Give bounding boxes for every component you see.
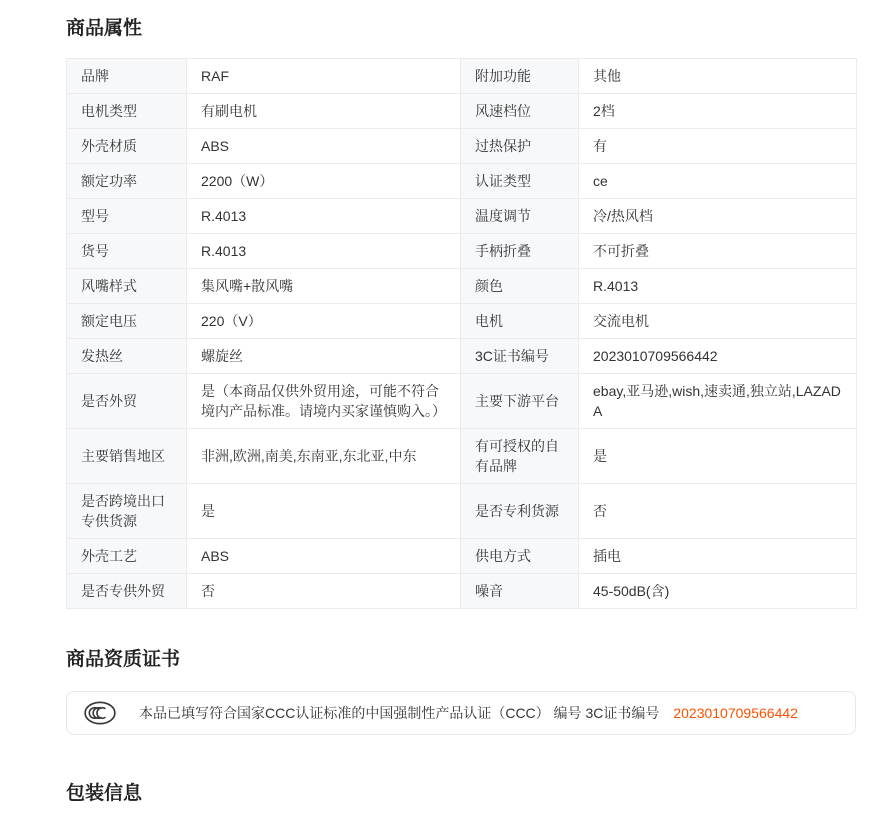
attr-value-cell: R.4013 [579,269,857,304]
attr-value-cell: RAF [187,59,461,94]
attr-label-cell: 品牌 [67,59,187,94]
attr-value-cell: 2023010709566442 [579,339,857,374]
product-attributes-table: 品牌RAF附加功能其他电机类型有刷电机风速档位2档外壳材质ABS过热保护有额定功… [66,58,857,609]
attr-row: 型号R.4013温度调节冷/热风档 [67,199,857,234]
attr-row: 外壳材质ABS过热保护有 [67,129,857,164]
attr-label-cell: 额定功率 [67,164,187,199]
attr-label-cell: 外壳材质 [67,129,187,164]
attr-label-cell: 是否专利货源 [461,484,579,539]
attr-value-cell: 其他 [579,59,857,94]
attr-label-cell: 噪音 [461,574,579,609]
ccc-certificate-card: 本品已填写符合国家CCC认证标准的中国强制性产品认证（CCC） 编号 3C证书编… [66,691,856,735]
attr-value-cell: 45-50dB(含) [579,574,857,609]
attr-row: 是否跨境出口专供货源是是否专利货源否 [67,484,857,539]
certificates-section-title: 商品资质证书 [66,647,856,673]
attr-value-cell: R.4013 [187,199,461,234]
ccc-mark-icon [83,700,117,726]
attr-value-cell: 冷/热风档 [579,199,857,234]
attr-value-cell: 220（V） [187,304,461,339]
attr-value-cell: 是（本商品仅供外贸用途，可能不符合境内产品标准。请境内买家谨慎购入。） [187,374,461,429]
attributes-section-title: 商品属性 [66,16,856,42]
attr-value-cell: ABS [187,539,461,574]
attr-row: 品牌RAF附加功能其他 [67,59,857,94]
attr-label-cell: 电机 [461,304,579,339]
attr-label-cell: 过热保护 [461,129,579,164]
attr-label-cell: 型号 [67,199,187,234]
attr-label-cell: 发热丝 [67,339,187,374]
attr-value-cell: ce [579,164,857,199]
attr-row: 风嘴样式集风嘴+散风嘴颜色R.4013 [67,269,857,304]
ccc-certificate-text: 本品已填写符合国家CCC认证标准的中国强制性产品认证（CCC） 编号 3C证书编… [139,703,659,723]
attr-label-cell: 电机类型 [67,94,187,129]
attr-label-cell: 3C证书编号 [461,339,579,374]
attr-row: 外壳工艺ABS供电方式插电 [67,539,857,574]
attr-value-cell: 交流电机 [579,304,857,339]
attr-row: 额定电压220（V）电机交流电机 [67,304,857,339]
attr-row: 额定功率2200（W）认证类型ce [67,164,857,199]
packaging-section-title: 包装信息 [66,781,856,807]
attr-label-cell: 附加功能 [461,59,579,94]
ccc-certificate-number-link[interactable]: 2023010709566442 [673,703,798,723]
attr-value-cell: 螺旋丝 [187,339,461,374]
attr-value-cell: 否 [579,484,857,539]
attr-row: 发热丝螺旋丝3C证书编号2023010709566442 [67,339,857,374]
attr-value-cell: 2200（W） [187,164,461,199]
attr-label-cell: 风嘴样式 [67,269,187,304]
attr-label-cell: 外壳工艺 [67,539,187,574]
attr-value-cell: ebay,亚马逊,wish,速卖通,独立站,LAZADA [579,374,857,429]
attr-row: 主要销售地区非洲,欧洲,南美,东南亚,东北亚,中东有可授权的自有品牌是 [67,429,857,484]
attr-value-cell: 插电 [579,539,857,574]
attr-label-cell: 供电方式 [461,539,579,574]
attr-value-cell: 非洲,欧洲,南美,东南亚,东北亚,中东 [187,429,461,484]
attr-row: 是否专供外贸否噪音45-50dB(含) [67,574,857,609]
attr-value-cell: 是 [187,484,461,539]
attr-label-cell: 手柄折叠 [461,234,579,269]
attr-label-cell: 货号 [67,234,187,269]
attr-label-cell: 是否专供外贸 [67,574,187,609]
attr-label-cell: 是否跨境出口专供货源 [67,484,187,539]
attr-value-cell: ABS [187,129,461,164]
attr-label-cell: 认证类型 [461,164,579,199]
attr-label-cell: 温度调节 [461,199,579,234]
attr-row: 货号R.4013手柄折叠不可折叠 [67,234,857,269]
attr-label-cell: 颜色 [461,269,579,304]
attr-label-cell: 主要下游平台 [461,374,579,429]
product-detail-panel: 商品属性 品牌RAF附加功能其他电机类型有刷电机风速档位2档外壳材质ABS过热保… [0,0,886,807]
attr-value-cell: 集风嘴+散风嘴 [187,269,461,304]
attr-row: 电机类型有刷电机风速档位2档 [67,94,857,129]
attr-value-cell: 2档 [579,94,857,129]
attr-value-cell: 是 [579,429,857,484]
attr-value-cell: R.4013 [187,234,461,269]
attr-value-cell: 否 [187,574,461,609]
attr-row: 是否外贸是（本商品仅供外贸用途，可能不符合境内产品标准。请境内买家谨慎购入。）主… [67,374,857,429]
attr-label-cell: 主要销售地区 [67,429,187,484]
attr-label-cell: 是否外贸 [67,374,187,429]
attr-value-cell: 有 [579,129,857,164]
attr-label-cell: 额定电压 [67,304,187,339]
attr-label-cell: 有可授权的自有品牌 [461,429,579,484]
attr-value-cell: 不可折叠 [579,234,857,269]
attr-value-cell: 有刷电机 [187,94,461,129]
attr-label-cell: 风速档位 [461,94,579,129]
